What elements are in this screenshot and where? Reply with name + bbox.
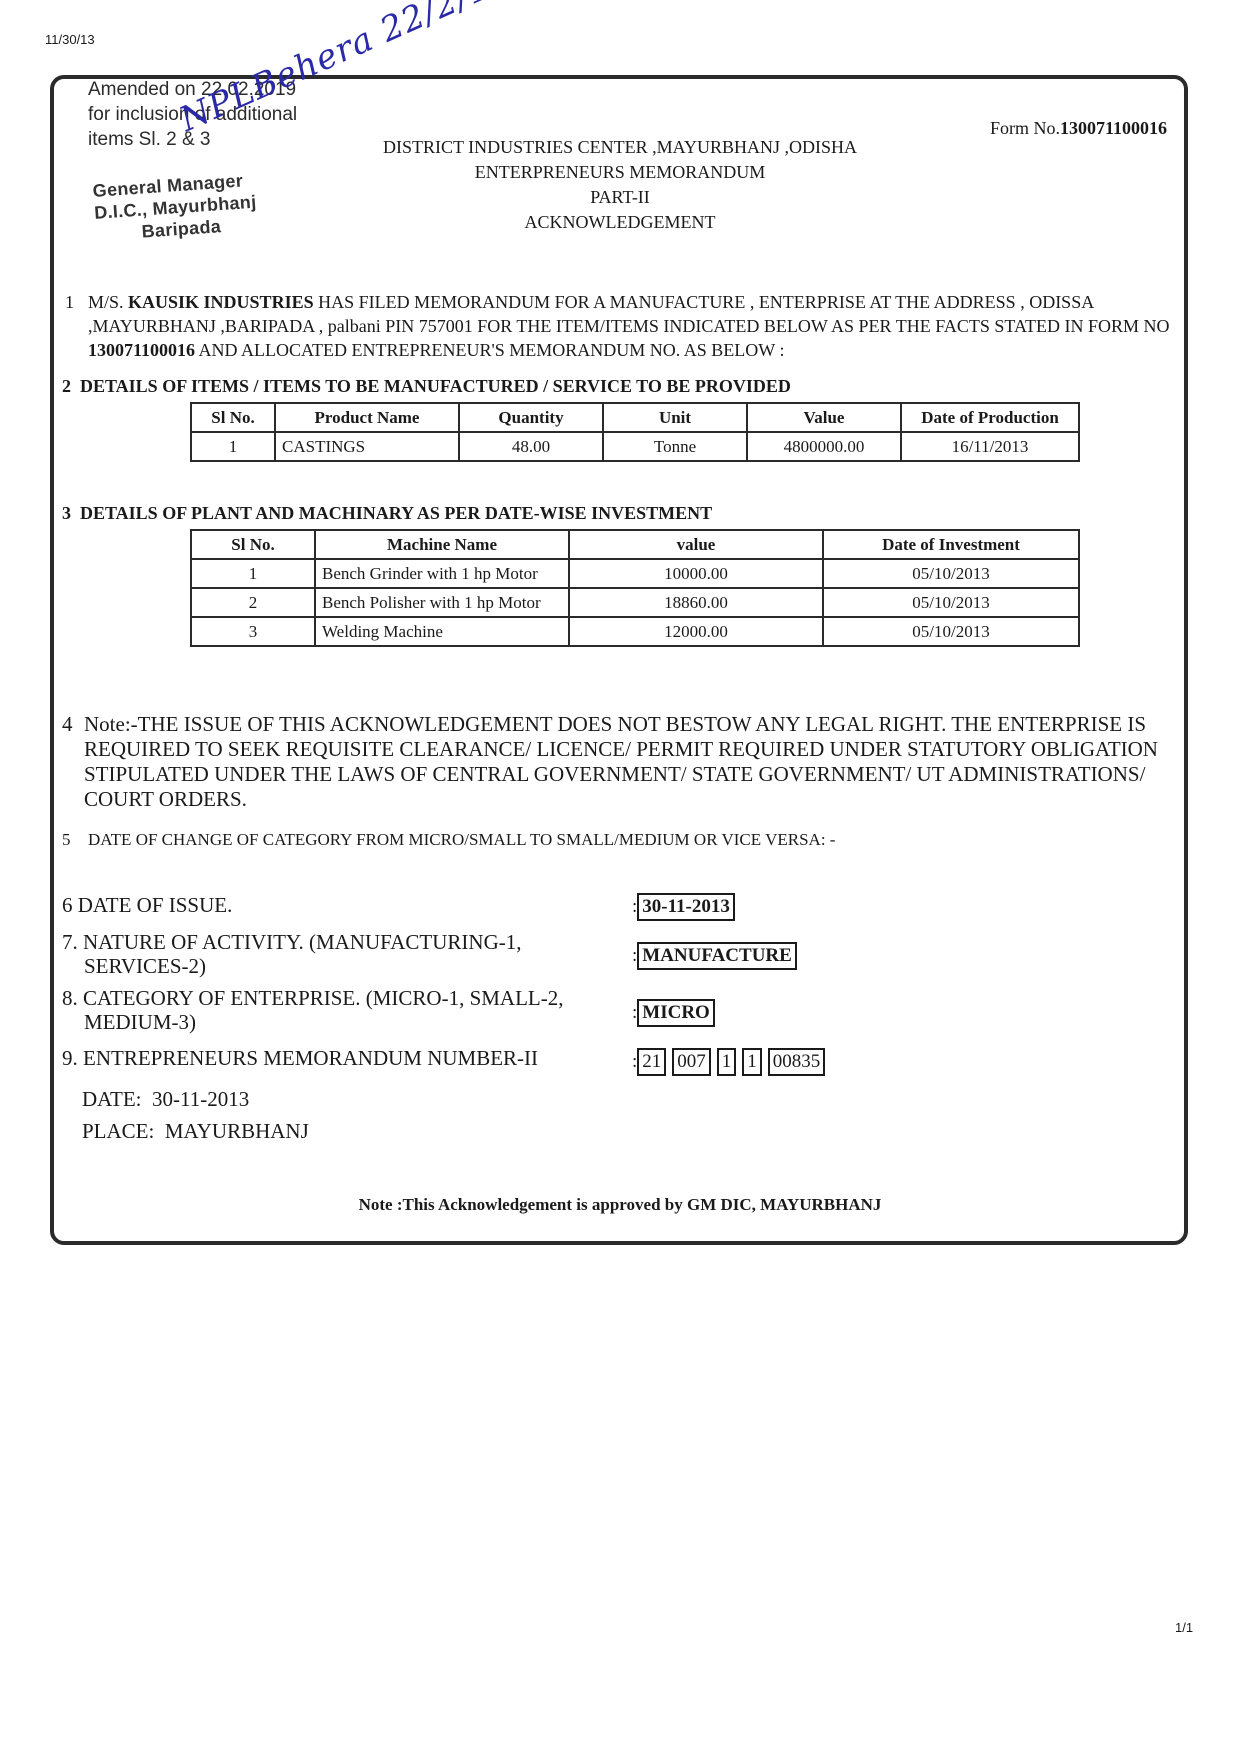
cell-value: 4800000.00 [747, 432, 901, 461]
form-number-ref: 130071100016 [88, 340, 195, 360]
table-row: 1 CASTINGS 48.00 Tonne 4800000.00 16/11/… [191, 432, 1079, 461]
section-number: 5 [62, 830, 71, 850]
header-line: PART-II [330, 185, 910, 210]
form-number-label: Form No. [990, 118, 1060, 138]
page-indicator: 1/1 [1175, 1620, 1193, 1635]
column-header: Value [747, 403, 901, 432]
value-box: 30-11-2013 [637, 893, 735, 921]
place-value: MAYURBHANJ [165, 1119, 309, 1143]
place-label: PLACE: [82, 1119, 154, 1143]
cell-machine-name: Bench Grinder with 1 hp Motor [315, 559, 569, 588]
column-header: Sl No. [191, 403, 275, 432]
cell-value: 10000.00 [569, 559, 823, 588]
place-line: PLACE: MAYURBHANJ [82, 1115, 309, 1147]
number-part: 21 [637, 1048, 666, 1076]
date-value: 30-11-2013 [152, 1087, 249, 1111]
section-2-title: 2 DETAILS OF ITEMS / ITEMS TO BE MANUFAC… [62, 376, 791, 397]
cell-sl-no: 1 [191, 559, 315, 588]
column-header: value [569, 530, 823, 559]
value-box: MANUFACTURE [637, 942, 797, 970]
cell-value: 18860.00 [569, 588, 823, 617]
cell-date: 16/11/2013 [901, 432, 1079, 461]
section-4-note: 4 Note:-THE ISSUE OF THIS ACKNOWLEDGEMEN… [62, 712, 1182, 812]
date-of-issue-value: :30-11-2013 [632, 893, 735, 921]
date-line: DATE: 30-11-2013 [82, 1083, 309, 1115]
column-header: Date of Production [901, 403, 1079, 432]
cell-sl-no: 3 [191, 617, 315, 646]
table-header-row: Sl No. Product Name Quantity Unit Value … [191, 403, 1079, 432]
section-3-title: 3 DETAILS OF PLANT AND MACHINARY AS PER … [62, 503, 712, 524]
nature-of-activity-value: :MANUFACTURE [632, 942, 797, 970]
nature-of-activity-label: 7. NATURE OF ACTIVITY. (MANUFACTURING-1,… [62, 930, 521, 978]
date-label: DATE: [82, 1087, 142, 1111]
cell-date: 05/10/2013 [823, 617, 1079, 646]
table-header-row: Sl No. Machine Name value Date of Invest… [191, 530, 1079, 559]
enterprise-name: KAUSIK INDUSTRIES [128, 292, 314, 312]
approval-note: Note :This Acknowledgement is approved b… [320, 1195, 920, 1215]
number-part: 007 [672, 1048, 711, 1076]
section-5: 5 DATE OF CHANGE OF CATEGORY FROM MICRO/… [62, 830, 835, 850]
form-number-value: 130071100016 [1060, 118, 1167, 138]
machinery-table: Sl No. Machine Name value Date of Invest… [190, 529, 1080, 647]
cell-machine-name: Welding Machine [315, 617, 569, 646]
table-row: 2 Bench Polisher with 1 hp Motor 18860.0… [191, 588, 1079, 617]
label-line: 7. NATURE OF ACTIVITY. (MANUFACTURING-1, [62, 930, 521, 954]
date-of-issue-label: 6 DATE OF ISSUE. [62, 893, 232, 917]
cell-sl-no: 2 [191, 588, 315, 617]
prefix: M/S. [88, 292, 128, 312]
print-date: 11/30/13 [45, 32, 95, 47]
value-box: MICRO [637, 999, 715, 1027]
section-text: AND ALLOCATED ENTREPRENEUR'S MEMORANDUM … [195, 340, 784, 360]
cell-quantity: 48.00 [459, 432, 603, 461]
cell-date: 05/10/2013 [823, 588, 1079, 617]
official-stamp: General Manager D.I.C., Mayurbhanj Barip… [92, 169, 259, 246]
section-title: DETAILS OF PLANT AND MACHINARY AS PER DA… [80, 503, 712, 523]
label-line: 8. CATEGORY OF ENTERPRISE. (MICRO-1, SMA… [62, 986, 564, 1010]
header-line: ACKNOWLEDGEMENT [330, 210, 910, 235]
section-number: 4 [62, 712, 73, 737]
column-header: Quantity [459, 403, 603, 432]
table-row: 3 Welding Machine 12000.00 05/10/2013 [191, 617, 1079, 646]
category-value: :MICRO [632, 999, 715, 1027]
cell-unit: Tonne [603, 432, 747, 461]
column-header: Machine Name [315, 530, 569, 559]
cell-value: 12000.00 [569, 617, 823, 646]
cell-date: 05/10/2013 [823, 559, 1079, 588]
column-header: Sl No. [191, 530, 315, 559]
table-row: 1 Bench Grinder with 1 hp Motor 10000.00… [191, 559, 1079, 588]
memorandum-number-label: 9. ENTREPRENEURS MEMORANDUM NUMBER-II [62, 1046, 538, 1070]
section-number: 1 [65, 290, 74, 314]
column-header: Product Name [275, 403, 459, 432]
section-text: DATE OF CHANGE OF CATEGORY FROM MICRO/SM… [88, 830, 835, 850]
number-part: 1 [717, 1048, 737, 1076]
section-title: DETAILS OF ITEMS / ITEMS TO BE MANUFACTU… [80, 376, 791, 396]
memorandum-number-value: :210071100835 [632, 1048, 831, 1076]
items-table: Sl No. Product Name Quantity Unit Value … [190, 402, 1080, 462]
date-place-block: DATE: 30-11-2013 PLACE: MAYURBHANJ [82, 1083, 309, 1147]
section-number: 2 [62, 376, 71, 396]
cell-machine-name: Bench Polisher with 1 hp Motor [315, 588, 569, 617]
label-line: MEDIUM-3) [62, 1010, 564, 1034]
form-number: Form No.130071100016 [990, 118, 1167, 139]
label-line: SERVICES-2) [62, 954, 521, 978]
column-header: Date of Investment [823, 530, 1079, 559]
cell-sl-no: 1 [191, 432, 275, 461]
document-header: DISTRICT INDUSTRIES CENTER ,MAYURBHANJ ,… [330, 135, 910, 235]
number-part: 00835 [768, 1048, 826, 1076]
section-number: 3 [62, 503, 71, 523]
section-1: 1 M/S. KAUSIK INDUSTRIES HAS FILED MEMOR… [65, 290, 1175, 362]
category-label: 8. CATEGORY OF ENTERPRISE. (MICRO-1, SMA… [62, 986, 564, 1034]
header-line: ENTERPRENEURS MEMORANDUM [330, 160, 910, 185]
cell-product-name: CASTINGS [275, 432, 459, 461]
note-text: Note:-THE ISSUE OF THIS ACKNOWLEDGEMENT … [84, 712, 1182, 812]
header-line: DISTRICT INDUSTRIES CENTER ,MAYURBHANJ ,… [330, 135, 910, 160]
column-header: Unit [603, 403, 747, 432]
number-part: 1 [742, 1048, 762, 1076]
